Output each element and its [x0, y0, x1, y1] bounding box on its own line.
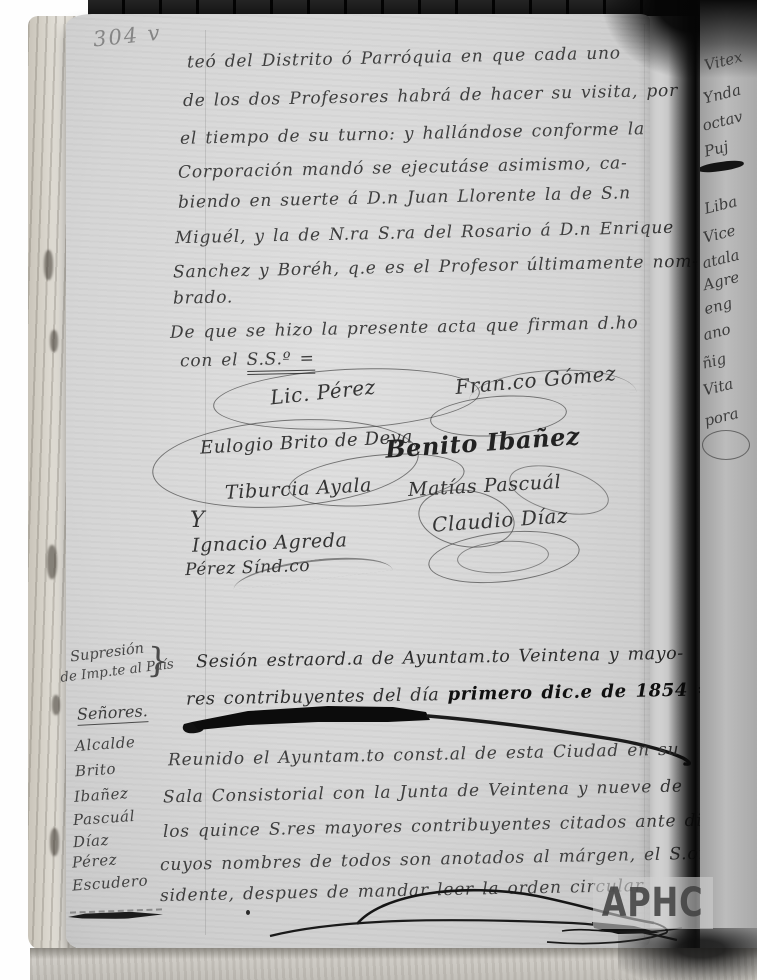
- adjacent-page-text-fragment: Vice: [701, 221, 737, 246]
- signature-flourish-initial: Y: [190, 508, 205, 533]
- adjacent-page-text-fragment: eng: [702, 294, 734, 318]
- adjacent-page-text-fragment: Agre: [701, 268, 741, 294]
- adjacent-page: Vitex Ynda octav Puj Liba Vice atala Agr…: [700, 0, 757, 980]
- margin-name: Díaz: [72, 831, 109, 851]
- margin-brace: }: [146, 640, 170, 681]
- adjacent-page-text-fragment: octav: [700, 107, 744, 134]
- adjacent-page-text-fragment: ñig: [700, 349, 728, 372]
- margin-senores-label: Señores.: [76, 701, 148, 726]
- adjacent-page-text-fragment: Liba: [702, 192, 739, 218]
- adjacent-page-text-fragment: Puj: [702, 137, 730, 160]
- manuscript-text-line: con el S.S.º =: [180, 349, 315, 372]
- adjacent-page-flourish: [702, 430, 750, 460]
- adjacent-page-text-fragment: ano: [701, 320, 732, 344]
- watermark-text: APHC: [602, 883, 704, 923]
- margin-name: Pérez: [71, 850, 117, 871]
- adjacent-page-text-fragment: Ynda: [701, 81, 742, 108]
- page-edge-stain: [50, 828, 59, 856]
- aphc-watermark: APHC: [593, 877, 713, 929]
- page-edge-stain: [44, 250, 53, 280]
- page-edge-stain: [50, 330, 58, 352]
- bottom-corner-shadow: [618, 928, 757, 980]
- page-edge-stain: [52, 695, 60, 715]
- margin-name: Ibañez: [73, 784, 129, 806]
- adjacent-page-text-fragment: Vitex: [702, 48, 744, 75]
- adjacent-page-text-fragment: pora: [702, 404, 740, 430]
- ink-dot: [246, 910, 250, 915]
- adjacent-page-ink-stroke: [700, 159, 744, 174]
- manuscript-text-line: brado.: [173, 287, 234, 308]
- page-edge-stain: [47, 545, 57, 579]
- secretary-abbreviation: S.S.º =: [246, 349, 315, 375]
- margin-name: Brito: [74, 760, 116, 781]
- manuscript-photo: 304 v teó del Distrito ó Parróquia en qu…: [0, 0, 757, 980]
- adjacent-page-text-fragment: Vita: [701, 375, 735, 400]
- closing-prefix: con el: [180, 350, 247, 371]
